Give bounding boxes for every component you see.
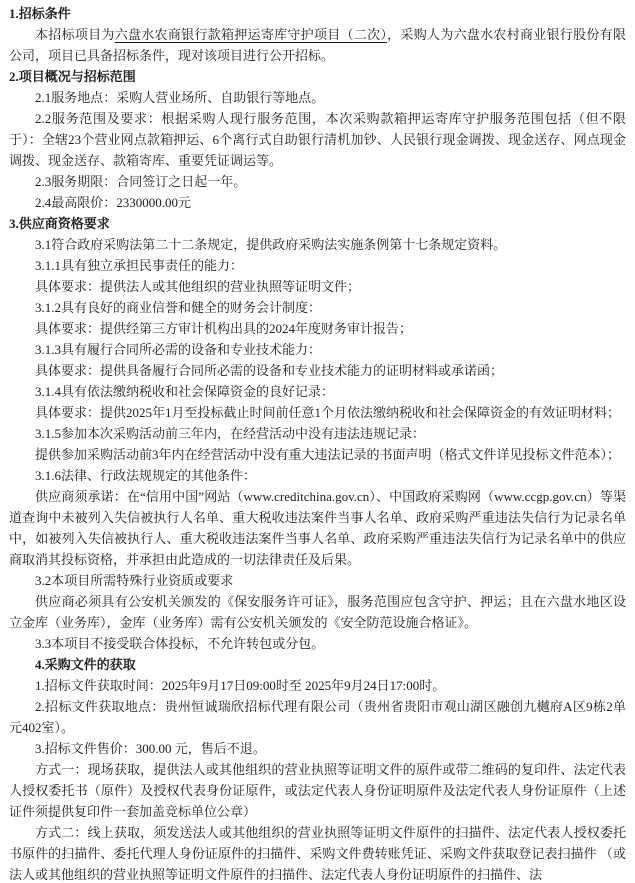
clause-service-term: 2.3服务期限：合同签订之日起一年。 xyxy=(9,171,626,192)
clause-3-1-2-requirement: 具体要求：提供经第三方审计机构出具的2024年度财务审计报告； xyxy=(9,318,626,339)
intro-prefix: 本招标项目为 xyxy=(35,27,115,42)
clause-method-2: 方式二：线上获取，须发送法人或其他组织的营业执照等证明文件原件的扫描件、法定代表… xyxy=(9,822,626,883)
section-4-heading: 4.采购文件的获取 xyxy=(9,654,626,675)
clause-3-1: 3.1符合政府采购法第二十二条规定，提供政府采购法实施条例第十七条规定资料。 xyxy=(9,234,626,255)
clause-3-1-3: 3.1.3具有履行合同所必需的设备和专业技术能力： xyxy=(9,339,626,360)
clause-3-2-requirement: 供应商必须具有公安机关颁发的《保安服务许可证》，服务范围应包含守护、押运；且在六… xyxy=(9,591,626,633)
section-1-heading: 1.招标条件 xyxy=(9,3,626,24)
clause-3-1-1-requirement: 具体要求：提供法人或其他组织的营业执照等证明文件； xyxy=(9,276,626,297)
clause-doc-obtain-time: 1.招标文件获取时间：2025年9月17日09:00时至 2025年9月24日1… xyxy=(9,675,626,696)
clause-3-2: 3.2本项目所需特殊行业资质或要求 xyxy=(9,570,626,591)
clause-3-1-2: 3.1.2具有良好的商业信誉和健全的财务会计制度： xyxy=(9,297,626,318)
clause-3-3: 3.3本项目不接受联合体投标，不允许转包或分包。 xyxy=(9,633,626,654)
section-1-intro-paragraph: 本招标项目为六盘水农商银行款箱押运寄库守护项目（二次），采购人为六盘水农村商业银… xyxy=(9,24,626,66)
clause-3-1-1: 3.1.1具有独立承担民事责任的能力： xyxy=(9,255,626,276)
clause-service-location: 2.1服务地点：采购人营业场所、自助银行等地点。 xyxy=(9,87,626,108)
clause-3-1-3-requirement: 具体要求：提供具备履行合同所必需的设备和专业技术能力的证明材料或承诺函； xyxy=(9,360,626,381)
clause-3-1-6-commitment: 供应商须承诺：在“信用中国”网站（www.creditchina.gov.cn）… xyxy=(9,486,626,570)
clause-3-1-6: 3.1.6法律、行政法规规定的其他条件： xyxy=(9,465,626,486)
project-name-underlined: 六盘水农商银行款箱押运寄库守护项目（二次） xyxy=(115,27,387,42)
tender-notice-document: 1.招标条件 本招标项目为六盘水农商银行款箱押运寄库守护项目（二次），采购人为六… xyxy=(0,0,635,883)
clause-method-1: 方式一：现场获取，提供法人或其他组织的营业执照等证明文件的原件或带二维码的复印件… xyxy=(9,759,626,822)
clause-price-ceiling: 2.4最高限价：2330000.00元 xyxy=(9,192,626,213)
section-3-heading: 3.供应商资格要求 xyxy=(9,213,626,234)
clause-3-1-5: 3.1.5参加本次采购活动前三年内，在经营活动中没有违法违规记录： xyxy=(9,423,626,444)
clause-3-1-4-requirement: 具体要求：提供2025年1月至投标截止时间前任意1个月依法缴纳税收和社会保障资金… xyxy=(9,402,626,423)
clause-3-1-5-requirement: 提供参加采购活动前3年内在经营活动中没有重大违法记录的书面声明（格式文件详见投标… xyxy=(9,444,626,465)
clause-service-scope: 2.2服务范围及要求：根据采购人现行服务范围，本次采购款箱押运寄库守护服务范围包… xyxy=(9,108,626,171)
clause-doc-price: 3.招标文件售价：300.00 元，售后不退。 xyxy=(9,738,626,759)
section-2-heading: 2.项目概况与招标范围 xyxy=(9,66,626,87)
clause-doc-obtain-place: 2.招标文件获取地点：贵州恒诚瑞欣招标代理有限公司（贵州省贵阳市观山湖区融创九樾… xyxy=(9,696,626,738)
clause-3-1-4: 3.1.4具有依法缴纳税收和社会保障资金的良好记录： xyxy=(9,381,626,402)
